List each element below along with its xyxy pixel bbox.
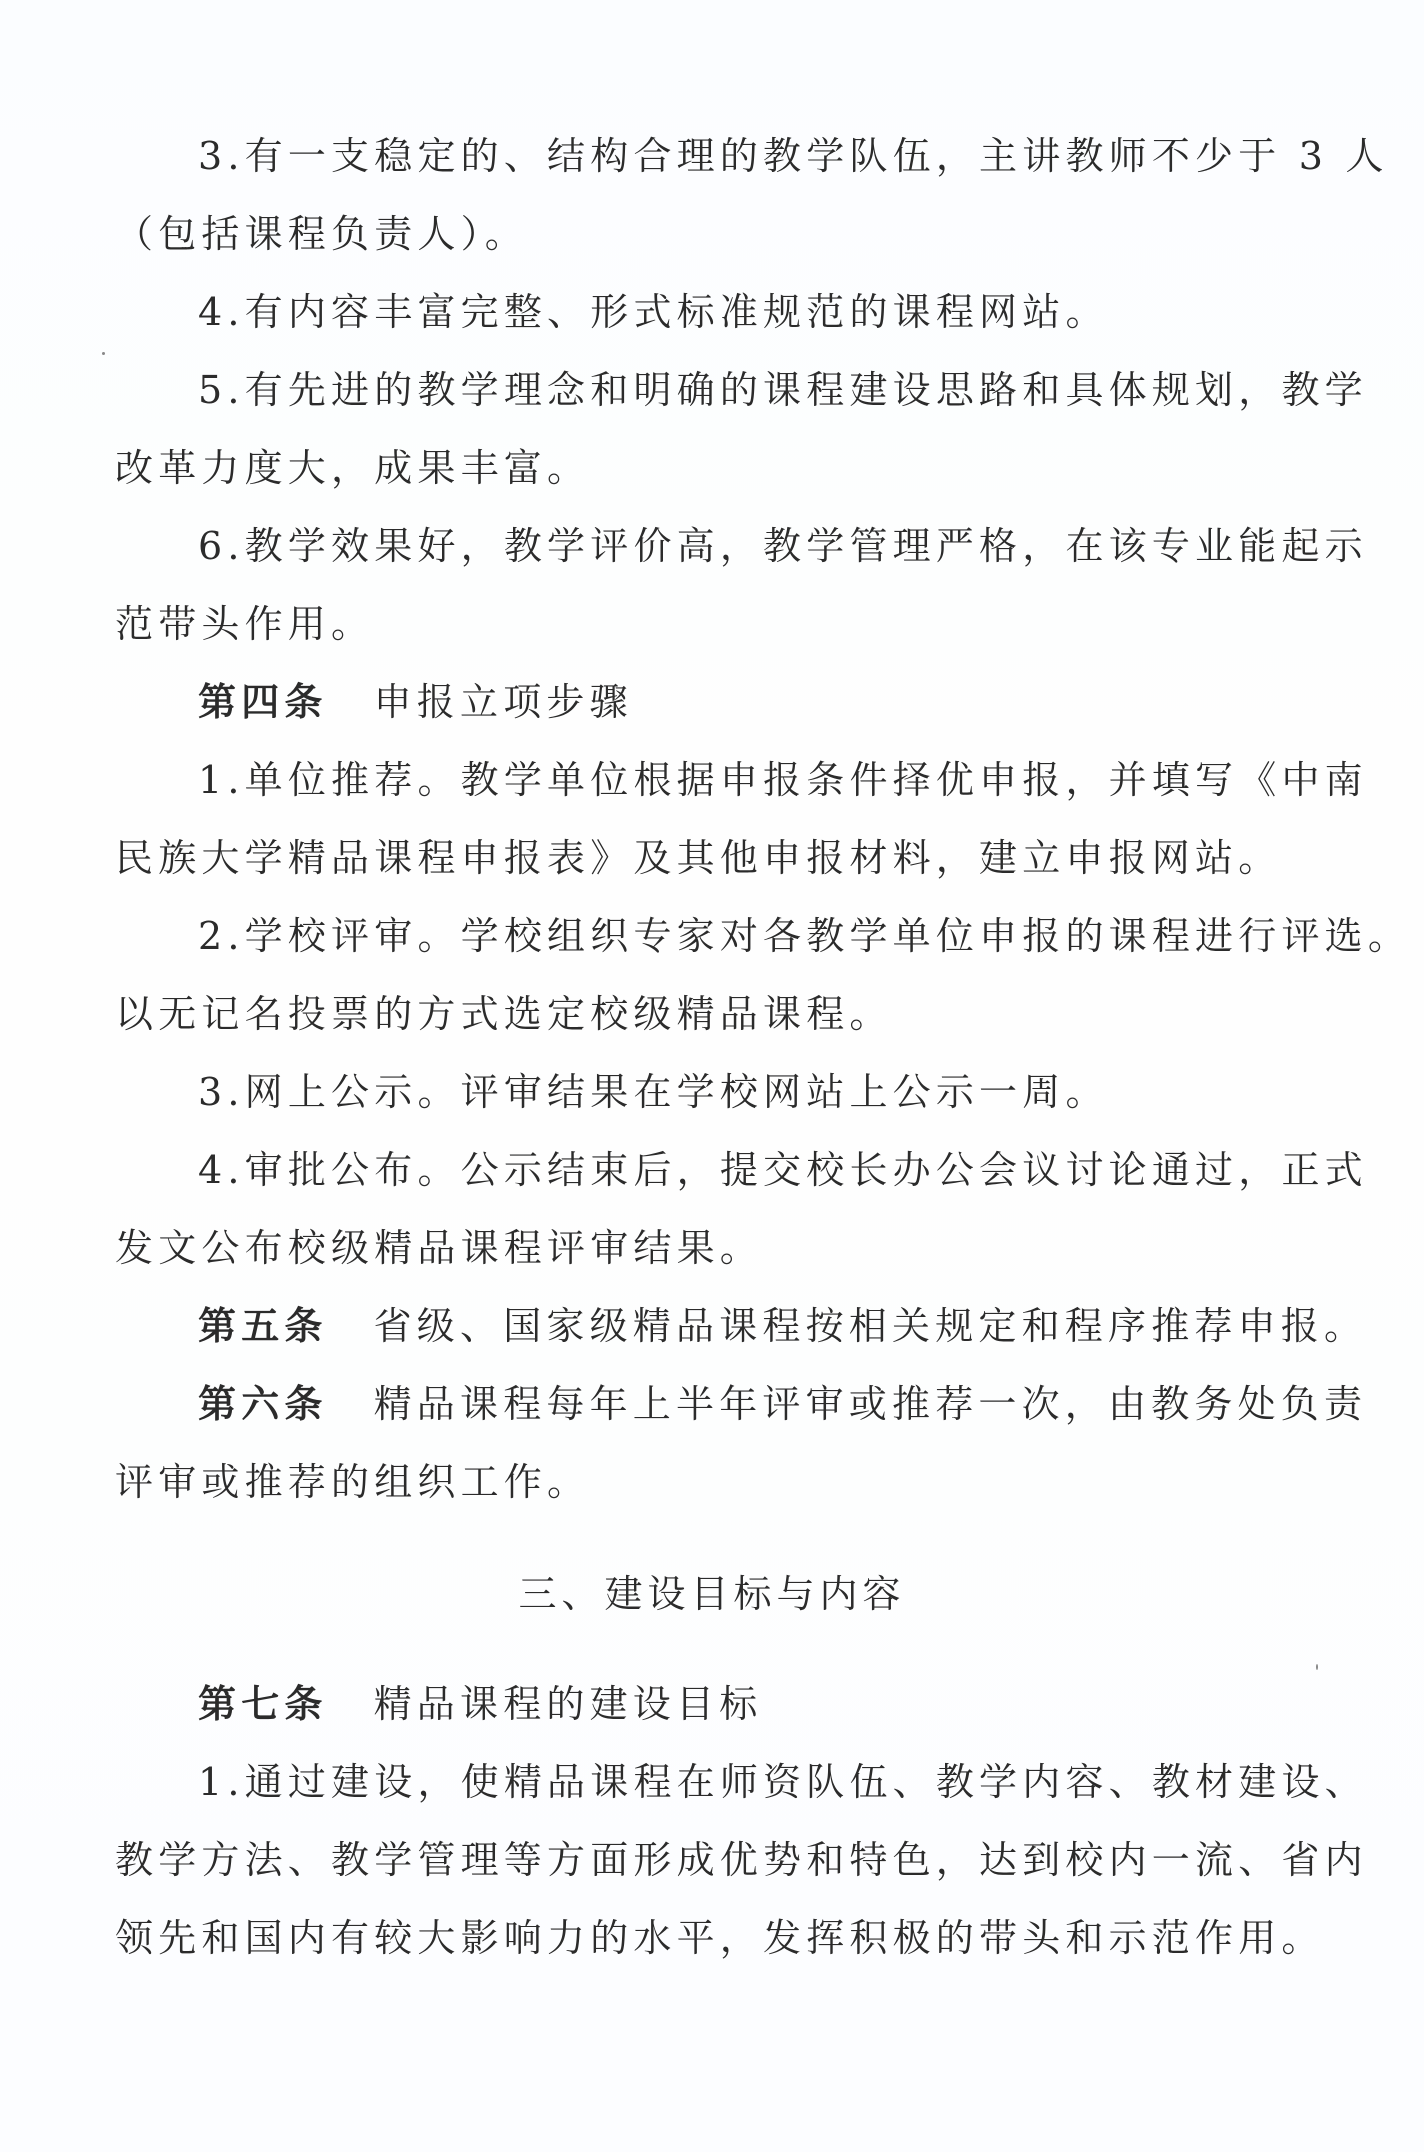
article-4-item-4-line-1: 4.审批公布。公示结束后，提交校长办公会议讨论通过，正式 — [198, 1146, 1368, 1194]
article-4-item-1-line-2: 民族大学精品课程申报表》及其他申报材料，建立申报网站。 — [115, 834, 1281, 882]
article-5: 第五条省级、国家级精品课程按相关规定和程序推荐申报。 — [198, 1302, 1367, 1350]
article-7-item-1-line-3: 领先和国内有较大影响力的水平，发挥积极的带头和示范作用。 — [115, 1914, 1325, 1962]
article-4-item-4-line-2: 发文公布校级精品课程评审结果。 — [115, 1224, 763, 1272]
criterion-3-line-1: 3.有一支稳定的、结构合理的教学队伍，主讲教师不少于 3 人 — [198, 132, 1389, 180]
criterion-4-line-1: 4.有内容丰富完整、形式标准规范的课程网站。 — [198, 288, 1109, 336]
section-3-title: 三、建设目标与内容 — [0, 1570, 1424, 1618]
article-4-item-1-line-1: 1.单位推荐。教学单位根据申报条件择优申报，并填写《中南 — [198, 756, 1368, 804]
article-7-title: 精品课程的建设目标 — [374, 1682, 763, 1726]
article-6-continuation: 评审或推荐的组织工作。 — [115, 1458, 590, 1506]
article-6: 第六条精品课程每年上半年评审或推荐一次，由教务处负责 — [198, 1380, 1367, 1428]
scan-speck — [102, 352, 105, 355]
article-4-heading: 第四条申报立项步骤 — [198, 678, 633, 726]
scanned-document-page: 3.有一支稳定的、结构合理的教学队伍，主讲教师不少于 3 人 （包括课程负责人）… — [0, 0, 1424, 2152]
article-4-item-2-line-2: 以无记名投票的方式选定校级精品课程。 — [115, 990, 893, 1038]
article-4-title: 申报立项步骤 — [374, 680, 633, 724]
criterion-5-line-2: 改革力度大，成果丰富。 — [115, 444, 590, 492]
scan-speck — [1316, 1664, 1318, 1670]
criterion-6-line-1: 6.教学效果好，教学评价高，教学管理严格，在该专业能起示 — [198, 522, 1368, 570]
article-6-body: 精品课程每年上半年评审或推荐一次，由教务处负责 — [374, 1382, 1368, 1426]
article-7-item-1-line-2: 教学方法、教学管理等方面形成优势和特色，达到校内一流、省内 — [115, 1836, 1368, 1884]
criterion-5-line-1: 5.有先进的教学理念和明确的课程建设思路和具体规划，教学 — [198, 366, 1368, 414]
article-7-heading: 第七条精品课程的建设目标 — [198, 1680, 762, 1728]
criterion-3-line-2: （包括课程负责人）。 — [115, 210, 528, 258]
article-4-label: 第四条 — [198, 679, 328, 724]
article-6-label: 第六条 — [198, 1381, 328, 1426]
article-7-label: 第七条 — [198, 1681, 328, 1726]
article-5-label: 第五条 — [198, 1303, 328, 1348]
article-7-item-1-line-1: 1.通过建设，使精品课程在师资队伍、教学内容、教材建设、 — [198, 1758, 1368, 1806]
article-4-item-2-line-1: 2.学校评审。学校组织专家对各教学单位申报的课程进行评选。 — [198, 912, 1411, 960]
article-4-item-3-line-1: 3.网上公示。评审结果在学校网站上公示一周。 — [198, 1068, 1109, 1116]
article-5-body: 省级、国家级精品课程按相关规定和程序推荐申报。 — [374, 1304, 1368, 1348]
criterion-6-line-2: 范带头作用。 — [115, 600, 374, 648]
